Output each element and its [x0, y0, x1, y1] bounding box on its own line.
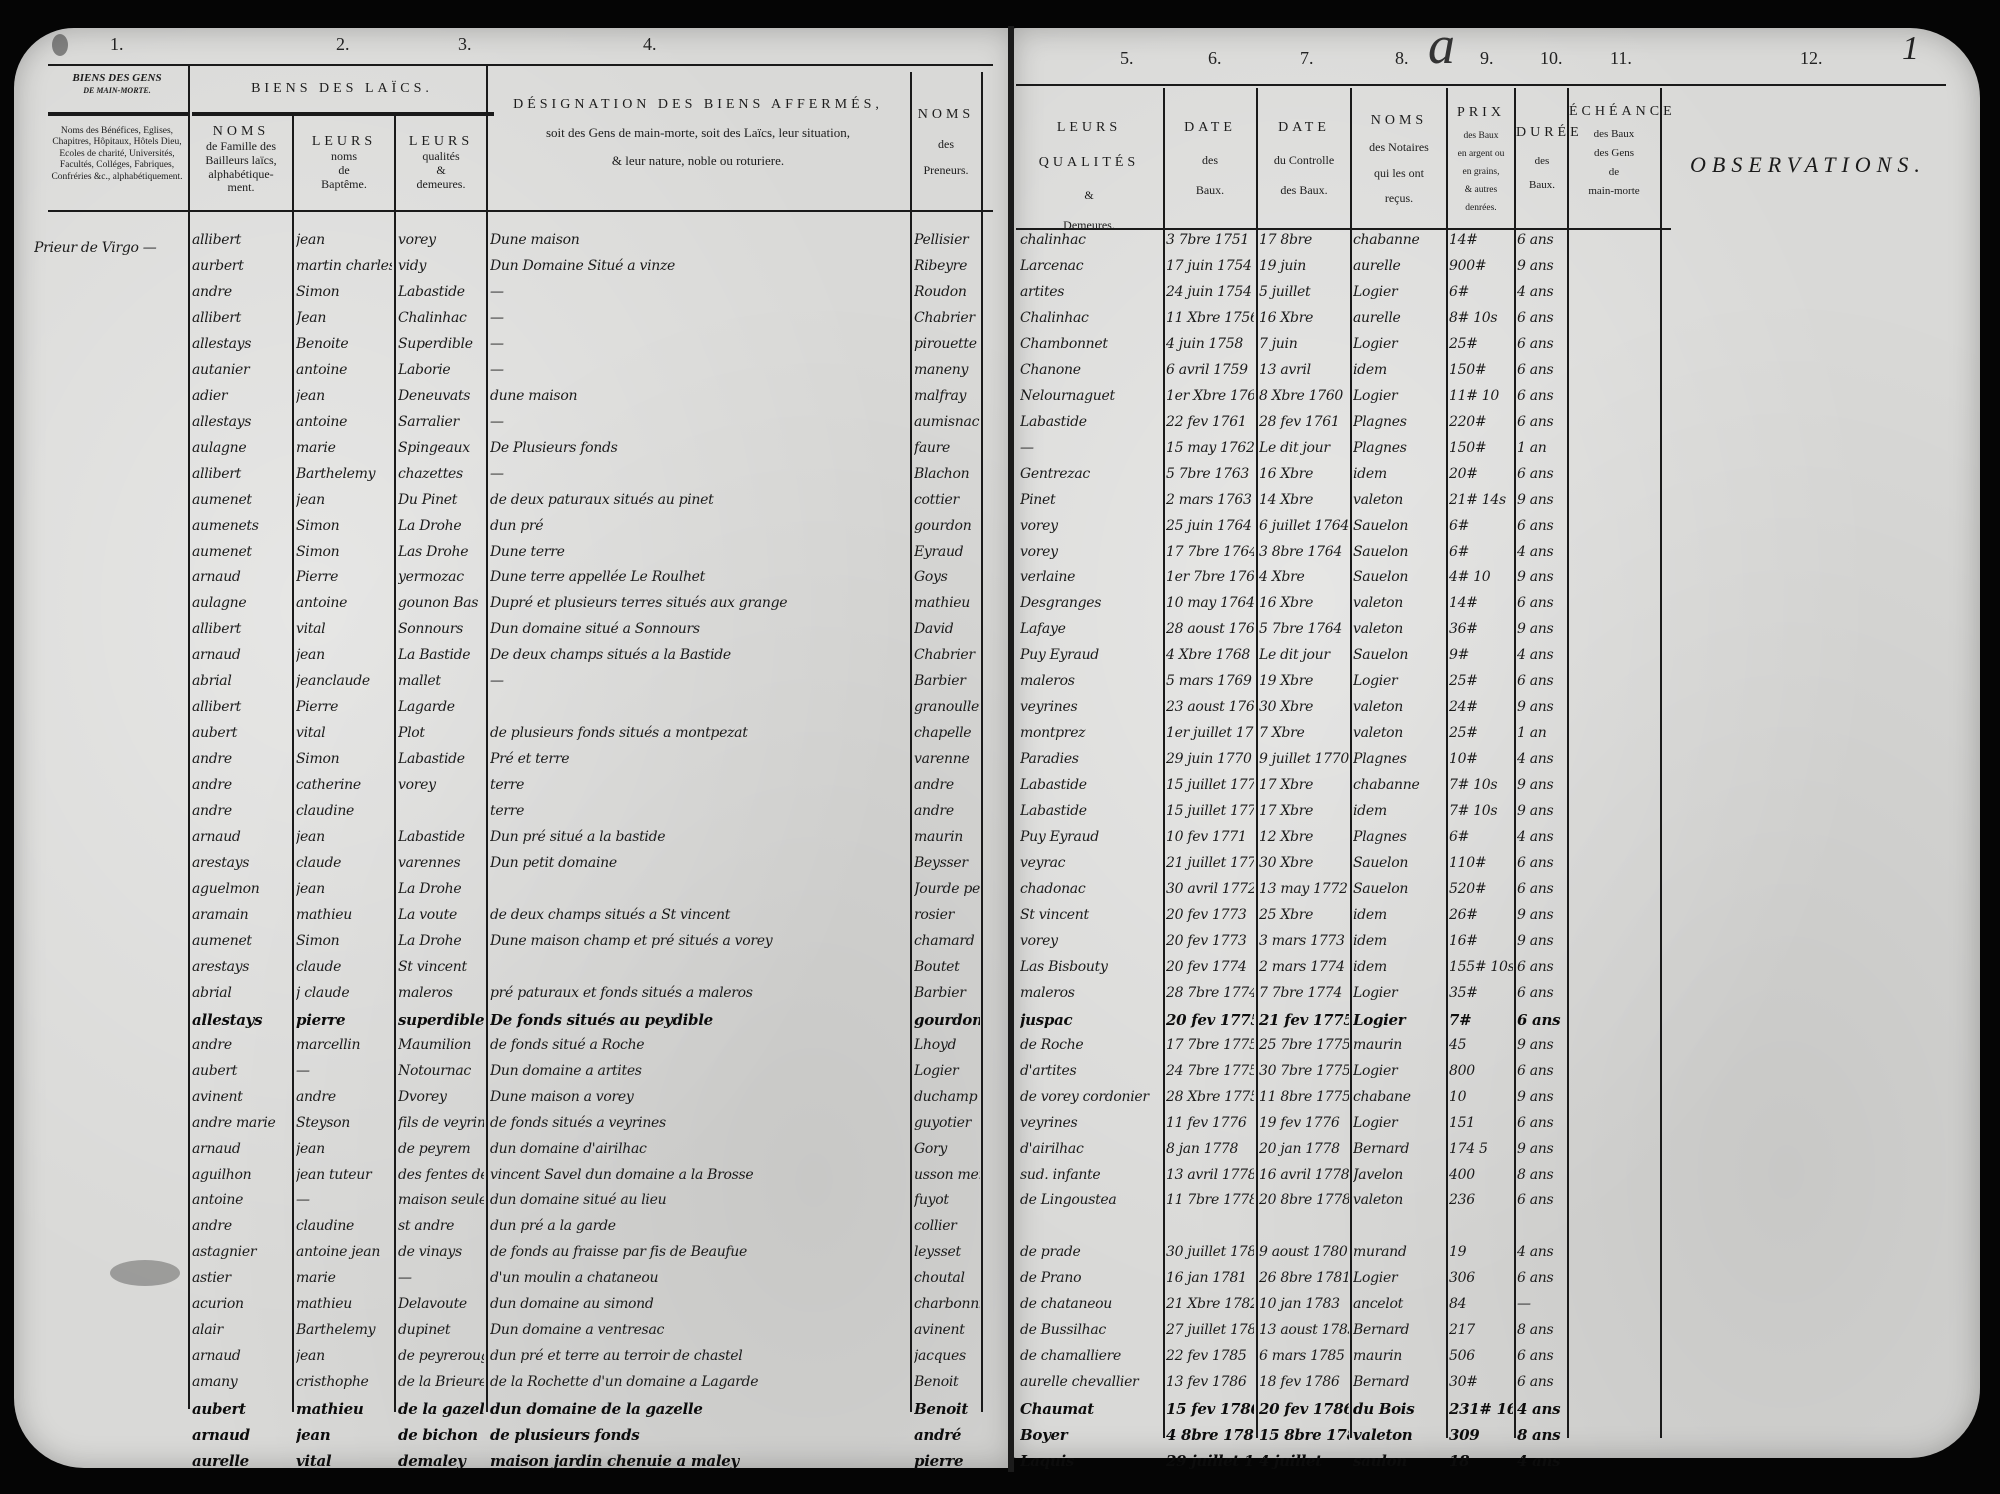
row-date-controle: 30 Xbre: [1259, 699, 1349, 715]
header-col4: NOMSdesPreneurs.: [912, 100, 980, 184]
row-duree: 9 ans: [1517, 933, 1567, 949]
row-nom: arnaud: [192, 647, 290, 663]
row-preneur: andre: [914, 777, 980, 793]
row-date-bail: 8 jan 1778: [1166, 1141, 1254, 1157]
row-notaire: ancelot: [1353, 1296, 1445, 1312]
row-preneur: Eyraud: [914, 544, 980, 560]
row-preneur: cottier: [914, 492, 980, 508]
row-notaire: Logier: [1353, 1115, 1445, 1131]
header-line: qualités: [396, 150, 486, 164]
row-bapteme: Simon: [296, 518, 392, 534]
header-line: PRIX: [1448, 100, 1514, 127]
row-qualite: Laquis: [1020, 1452, 1160, 1470]
row-date-bail: 25 juin 1764: [1166, 518, 1254, 534]
header-line: Baptême.: [294, 178, 394, 192]
row-duree: 8 ans: [1517, 1426, 1567, 1444]
row-date-controle: 5 7bre 1764: [1259, 621, 1349, 637]
row-qualite: sud. infante: [1020, 1167, 1160, 1183]
row-notaire: Logier: [1353, 284, 1445, 300]
row-duree: 9 ans: [1517, 1089, 1567, 1105]
row-nom: autanier: [192, 362, 290, 378]
row-nom: aguelmon: [192, 881, 290, 897]
row-preneur: faure: [914, 440, 980, 456]
column-number: 9.: [1480, 48, 1494, 69]
row-preneur: Benoit: [914, 1374, 980, 1390]
row-bapteme: jean: [296, 1141, 392, 1157]
row-duree: 6 ans: [1517, 518, 1567, 534]
row-demeure: La Bastide: [398, 647, 484, 663]
row-designation: —: [490, 362, 908, 378]
row-duree: 6 ans: [1517, 1270, 1567, 1286]
row-nom: arnaud: [192, 1426, 290, 1444]
row-date-controle: 16 avril 1778: [1259, 1167, 1349, 1183]
row-preneur: Roudon: [914, 284, 980, 300]
row-duree: 9 ans: [1517, 569, 1567, 585]
row-bapteme: marie: [296, 440, 392, 456]
row-preneur: charbonnier: [914, 1296, 980, 1312]
row-notaire: Logier: [1353, 388, 1445, 404]
row-nom: andre: [192, 1218, 290, 1234]
col-rule: [1567, 88, 1569, 1438]
row-duree: 6 ans: [1517, 881, 1567, 897]
row-bapteme: jean: [296, 232, 392, 248]
row-prix: 36#: [1449, 621, 1513, 637]
row-nom: arnaud: [192, 1348, 290, 1364]
row-notaire: valeton: [1353, 1192, 1445, 1208]
row-qualite: montprez: [1020, 725, 1160, 741]
row-designation: vincent Savel dun domaine a la Brosse: [490, 1167, 908, 1183]
row-date-bail: 4 Xbre 1768: [1166, 647, 1254, 663]
row-date-bail: 15 fev 1786: [1166, 1400, 1254, 1418]
row-date-controle: 4 juillet: [1259, 1452, 1349, 1470]
header-col7: DATEdu Controlledes Baux.: [1258, 110, 1350, 205]
row-demeure: La Drohe: [398, 518, 484, 534]
row-nom: allibert: [192, 232, 290, 248]
row-designation: Dune maison champ et pré situés a vorey: [490, 933, 908, 949]
row-nom: arnaud: [192, 1141, 290, 1157]
row-nom: arnaud: [192, 569, 290, 585]
row-duree: 4 ans: [1517, 1452, 1567, 1470]
row-bapteme: marie: [296, 1270, 392, 1286]
header-col2a: NOMSde Famille desBailleurs laïcs,alphab…: [190, 124, 292, 195]
row-demeure: Deneuvats: [398, 388, 484, 404]
row-bapteme: mathieu: [296, 1400, 392, 1418]
row-date-bail: 24 juin 1754: [1166, 284, 1254, 300]
header-line: des Notaires: [1352, 135, 1446, 160]
row-demeure: st andre: [398, 1218, 484, 1234]
header-col2b: LEURSnomsdeBaptême.: [294, 134, 394, 191]
row-bapteme: vital: [296, 1452, 392, 1470]
row-date-bail: 11 fev 1776: [1166, 1115, 1254, 1131]
header-col2c: LEURSqualités&demeures.: [396, 134, 486, 191]
row-date-bail: 20 fev 1774: [1166, 959, 1254, 975]
row-demeure: demaley: [398, 1452, 484, 1470]
row-nom: aulagne: [192, 440, 290, 456]
row-qualite: d'artites: [1020, 1063, 1160, 1079]
row-preneur: Lhoyd: [914, 1037, 980, 1053]
header-line: noms: [294, 150, 394, 164]
row-preneur: jacques: [914, 1348, 980, 1364]
header-line: des Gens: [1569, 144, 1659, 163]
column-number: 6.: [1208, 48, 1222, 69]
row-notaire: murand: [1353, 1244, 1445, 1260]
row-qualite: Chanone: [1020, 362, 1160, 378]
row-prix: 8# 10s: [1449, 310, 1513, 326]
row-preneur: Goys: [914, 569, 980, 585]
row-designation: De Plusieurs fonds: [490, 440, 908, 456]
row-designation: —: [490, 414, 908, 430]
col-rule: [910, 72, 912, 1412]
row-date-controle: 19 juin: [1259, 258, 1349, 274]
header-col3: DÉSIGNATION DES BIENS AFFERMÉS,soit des …: [488, 90, 908, 174]
row-bapteme: Simon: [296, 751, 392, 767]
row-date-controle: Le dit jour: [1259, 440, 1349, 456]
row-nom: allibert: [192, 310, 290, 326]
row-prix: 174 5: [1449, 1141, 1513, 1157]
row-duree: 6 ans: [1517, 959, 1567, 975]
row-prix: 30#: [1449, 1374, 1513, 1390]
row-notaire: Bernard: [1353, 1374, 1445, 1390]
header-col8: NOMSdes Notairesqui les ontreçus.: [1352, 106, 1446, 211]
row-date-bail: 29 juin 1770: [1166, 751, 1254, 767]
row-date-bail: 15 juillet 1770: [1166, 777, 1254, 793]
row-bapteme: claude: [296, 959, 392, 975]
row-qualite: Puy Eyraud: [1020, 647, 1160, 663]
row-prix: 19: [1449, 1244, 1513, 1260]
row-designation: —: [490, 336, 908, 352]
row-duree: 6 ans: [1517, 1348, 1567, 1364]
row-nom: allibert: [192, 699, 290, 715]
column-number: 4.: [643, 34, 657, 55]
header-line: DÉSIGNATION DES BIENS AFFERMÉS,: [488, 90, 908, 119]
row-date-bail: 17 7bre 1764: [1166, 544, 1254, 560]
row-qualite: artites: [1020, 284, 1160, 300]
row-notaire: Plagnes: [1353, 751, 1445, 767]
header-line: de: [294, 164, 394, 178]
row-prix: 6#: [1449, 284, 1513, 300]
row-designation: pré paturaux et fonds situés a maleros: [490, 985, 908, 1001]
row-bapteme: antoine: [296, 414, 392, 430]
row-preneur: Barbier: [914, 673, 980, 689]
row-qualite: de Prano: [1020, 1270, 1160, 1286]
row-preneur: Ribeyre: [914, 258, 980, 274]
row-bapteme: martin charles: [296, 258, 392, 274]
row-qualite: Nelournaguet: [1020, 388, 1160, 404]
row-demeure: Sarralier: [398, 414, 484, 430]
row-duree: 9 ans: [1517, 777, 1567, 793]
group-rule-laics: [192, 112, 494, 116]
row-designation: Dun domaine a ventresac: [490, 1322, 908, 1338]
row-prix: 306: [1449, 1270, 1513, 1286]
row-designation: —: [490, 466, 908, 482]
row-prix: 84: [1449, 1296, 1513, 1312]
row-prix: 18: [1449, 1452, 1513, 1470]
header-line: NOMS: [1352, 106, 1446, 135]
row-notaire: aurelle: [1353, 310, 1445, 326]
row-duree: 4 ans: [1517, 1244, 1567, 1260]
row-prix: 14#: [1449, 595, 1513, 611]
row-nom: andre: [192, 751, 290, 767]
col-rule: [1163, 88, 1165, 1438]
row-date-controle: 9 aoust 1780: [1259, 1244, 1349, 1260]
row-demeure: des fentes de: [398, 1167, 484, 1183]
row-demeure: vorey: [398, 777, 484, 793]
row-date-controle: 6 mars 1785: [1259, 1348, 1349, 1364]
row-preneur: maurin: [914, 829, 980, 845]
row-designation: Dune maison: [490, 232, 908, 248]
row-date-controle: 12 Xbre: [1259, 829, 1349, 845]
header-line: des Baux: [1448, 127, 1514, 145]
row-preneur: David: [914, 621, 980, 637]
row-notaire: valeton: [1353, 1426, 1445, 1444]
row-prix: 6#: [1449, 544, 1513, 560]
row-demeure: Du Pinet: [398, 492, 484, 508]
header-line: des Baux: [1569, 125, 1659, 144]
row-date-bail: 21 juillet 1772: [1166, 855, 1254, 871]
row-notaire: Sauelon: [1353, 855, 1445, 871]
row-demeure: Dvorey: [398, 1089, 484, 1105]
col-rule: [981, 72, 983, 1412]
row-duree: 6 ans: [1517, 985, 1567, 1001]
row-designation: Dune terre: [490, 544, 908, 560]
row-notaire: Bernard: [1353, 1141, 1445, 1157]
row-designation: dun domaine d'airilhac: [490, 1141, 908, 1157]
row-designation: De deux champs situés a la Bastide: [490, 647, 908, 663]
row-date-bail: 27 juillet 1783: [1166, 1322, 1254, 1338]
row-duree: 6 ans: [1517, 1374, 1567, 1390]
row-bapteme: Simon: [296, 933, 392, 949]
row-date-controle: 15 8bre 1786: [1259, 1426, 1349, 1444]
row-date-controle: 3 mars 1773: [1259, 933, 1349, 949]
row-duree: 4 ans: [1517, 647, 1567, 663]
row-bapteme: Pierre: [296, 569, 392, 585]
row-date-bail: 15 juillet 1770: [1166, 803, 1254, 819]
row-designation: Pré et terre: [490, 751, 908, 767]
row-designation: De fonds situés au peydible: [490, 1011, 908, 1029]
row-duree: 9 ans: [1517, 699, 1567, 715]
row-prix: 150#: [1449, 362, 1513, 378]
row-nom: amany: [192, 1374, 290, 1390]
header-line: LEURS: [294, 134, 394, 150]
header-line: demeures.: [396, 178, 486, 192]
row-bapteme: jean: [296, 881, 392, 897]
header-line: des: [912, 131, 980, 157]
row-qualite: veyrines: [1020, 699, 1160, 715]
row-designation: dun domaine au simond: [490, 1296, 908, 1312]
row-qualite: verlaine: [1020, 569, 1160, 585]
column-number: 10.: [1540, 48, 1563, 69]
row-duree: 9 ans: [1517, 258, 1567, 274]
row-notaire: idem: [1353, 362, 1445, 378]
row-date-controle: 20 fev 1786: [1259, 1400, 1349, 1418]
header-col10: DURÉEdesBaux.: [1516, 118, 1568, 197]
row-qualite: Desgranges: [1020, 595, 1160, 611]
row-date-controle: 9 juillet 1770: [1259, 751, 1349, 767]
row-date-controle: 14 Xbre: [1259, 492, 1349, 508]
row-duree: 9 ans: [1517, 621, 1567, 637]
row-bapteme: jeanclaude: [296, 673, 392, 689]
row-prix: 800: [1449, 1063, 1513, 1079]
row-date-bail: 6 avril 1759: [1166, 362, 1254, 378]
row-duree: 4 ans: [1517, 751, 1567, 767]
row-prix: 20#: [1449, 466, 1513, 482]
row-designation: dun domaine situé au lieu: [490, 1192, 908, 1208]
row-notaire: chabanne: [1353, 777, 1445, 793]
row-prix: 309: [1449, 1426, 1513, 1444]
row-nom: arnaud: [192, 829, 290, 845]
row-prix: 217: [1449, 1322, 1513, 1338]
row-designation: Dun Domaine Situé a vinze: [490, 258, 908, 274]
row-preneur: gourdon: [914, 1011, 980, 1029]
header-main-morte-group: BIENS DES GENS DE MAIN-MORTE.: [48, 72, 186, 96]
row-date-bail: 5 mars 1769: [1166, 673, 1254, 689]
header-line: en grains,: [1448, 163, 1514, 181]
row-demeure: vorey: [398, 232, 484, 248]
row-date-controle: 7 7bre 1774: [1259, 985, 1349, 1001]
row-prix: 400: [1449, 1167, 1513, 1183]
row-qualite: d'airilhac: [1020, 1141, 1160, 1157]
row-date-controle: 28 fev 1761: [1259, 414, 1349, 430]
row-nom: allestays: [192, 414, 290, 430]
row-preneur: Boutet: [914, 959, 980, 975]
header-line: ÉCHÉANCE: [1569, 100, 1659, 125]
row-designation: de fonds situés a veyrines: [490, 1115, 908, 1131]
row-date-controle: 7 Xbre: [1259, 725, 1349, 741]
row-prix: 231# 16s: [1449, 1400, 1513, 1418]
row-notaire: Logier: [1353, 336, 1445, 352]
row-date-controle: 25 Xbre: [1259, 907, 1349, 923]
row-date-controle: 17 Xbre: [1259, 803, 1349, 819]
row-qualite: maleros: [1020, 673, 1160, 689]
col-rule: [1350, 88, 1352, 1438]
page-letter-annotation: a: [1428, 14, 1455, 76]
row-demeure: gounon Bas: [398, 595, 484, 611]
row-designation: —: [490, 310, 908, 326]
header-line: alphabétique-: [190, 168, 292, 182]
row-date-bail: 5 7bre 1763: [1166, 466, 1254, 482]
row-date-controle: 11 8bre 1775: [1259, 1089, 1349, 1105]
header-line: Bailleurs laïcs,: [190, 154, 292, 168]
row-prix: 24#: [1449, 699, 1513, 715]
row-prix: 150#: [1449, 440, 1513, 456]
column-number: 8.: [1395, 48, 1409, 69]
row-qualite: Chalinhac: [1020, 310, 1160, 326]
row-duree: 6 ans: [1517, 1115, 1567, 1131]
row-bapteme: antoine: [296, 362, 392, 378]
row-designation: Dun pré situé a la bastide: [490, 829, 908, 845]
row-designation: Dun domaine situé a Sonnours: [490, 621, 908, 637]
row-notaire: maurin: [1353, 1348, 1445, 1364]
page-number-annotation: 1: [1902, 30, 1919, 68]
row-duree: 6 ans: [1517, 1011, 1567, 1029]
row-prix: 6#: [1449, 518, 1513, 534]
row-date-bail: 11 7bre 1778: [1166, 1192, 1254, 1208]
row-duree: 9 ans: [1517, 1141, 1567, 1157]
row-demeure: vidy: [398, 258, 484, 274]
row-bapteme: j claude: [296, 985, 392, 1001]
row-demeure: chazettes: [398, 466, 484, 482]
header-line: LEURS: [396, 134, 486, 150]
row-date-controle: 25 7bre 1775: [1259, 1037, 1349, 1053]
row-duree: 6 ans: [1517, 388, 1567, 404]
row-nom: acurion: [192, 1296, 290, 1312]
row-preneur: Chabrier: [914, 647, 980, 663]
row-duree: 6 ans: [1517, 1192, 1567, 1208]
row-demeure: La Drohe: [398, 881, 484, 897]
row-duree: 6 ans: [1517, 414, 1567, 430]
row-duree: 9 ans: [1517, 907, 1567, 923]
col-rule: [394, 112, 396, 1412]
row-prix: 35#: [1449, 985, 1513, 1001]
row-qualite: de chataneou: [1020, 1296, 1160, 1312]
row-date-bail: 1er juillet 1770: [1166, 725, 1254, 741]
row-qualite: vorey: [1020, 518, 1160, 534]
row-prix: 506: [1449, 1348, 1513, 1364]
col-rule: [1514, 88, 1516, 1438]
row-bapteme: Pierre: [296, 699, 392, 715]
row-duree: 6 ans: [1517, 595, 1567, 611]
row-demeure: dupinet: [398, 1322, 484, 1338]
row-preneur: Logier: [914, 1063, 980, 1079]
row-demeure: yermozac: [398, 569, 484, 585]
row-qualite: —: [1020, 440, 1160, 456]
row-notaire: du Bois: [1353, 1400, 1445, 1418]
row-prix: 21# 14s: [1449, 492, 1513, 508]
row-bapteme: Steyson: [296, 1115, 392, 1131]
row-prix: 151: [1449, 1115, 1513, 1131]
row-date-controle: 3 8bre 1764: [1259, 544, 1349, 560]
row-notaire: Plagnes: [1353, 414, 1445, 430]
row-demeure: de bichon: [398, 1426, 484, 1444]
row-date-controle: 19 Xbre: [1259, 673, 1349, 689]
row-date-controle: 19 fev 1776: [1259, 1115, 1349, 1131]
row-date-controle: 20 8bre 1778: [1259, 1192, 1349, 1208]
row-prix: 155# 10s: [1449, 959, 1513, 975]
row-date-bail: 24 7bre 1775: [1166, 1063, 1254, 1079]
header-line: Baux.: [1516, 173, 1568, 197]
row-duree: 6 ans: [1517, 1063, 1567, 1079]
row-preneur: usson mere: [914, 1167, 980, 1183]
row-bapteme: pierre: [296, 1011, 392, 1029]
row-duree: —: [1517, 1296, 1567, 1312]
row-notaire: Sauelon: [1353, 569, 1445, 585]
row-date-bail: 3 7bre 1751: [1166, 232, 1254, 248]
row-nom: andre: [192, 1037, 290, 1053]
row-preneur: andré: [914, 1426, 980, 1444]
row-demeure: Lagarde: [398, 699, 484, 715]
col-rule: [1256, 88, 1258, 1438]
row-designation: Dune maison a vorey: [490, 1089, 908, 1105]
row-designation: —: [490, 673, 908, 689]
row-demeure: de peyrem: [398, 1141, 484, 1157]
col-rule: [1446, 88, 1448, 1438]
row-duree: 6 ans: [1517, 673, 1567, 689]
row-qualite: St vincent: [1020, 907, 1160, 923]
col-rule: [1660, 88, 1662, 1438]
col-rule: [292, 112, 294, 1412]
row-designation: Dune terre appellée Le Roulhet: [490, 569, 908, 585]
row-nom: alair: [192, 1322, 290, 1338]
header-observations: OBSERVATIONS.: [1690, 152, 1926, 178]
row-qualite: juspac: [1020, 1011, 1160, 1029]
header-line: DATE: [1165, 110, 1255, 145]
row-qualite: Boyer: [1020, 1426, 1160, 1444]
row-duree: 6 ans: [1517, 362, 1567, 378]
row-prix: 520#: [1449, 881, 1513, 897]
row-preneur: leysset: [914, 1244, 980, 1260]
row-qualite: Pinet: [1020, 492, 1160, 508]
row-duree: 9 ans: [1517, 1037, 1567, 1053]
